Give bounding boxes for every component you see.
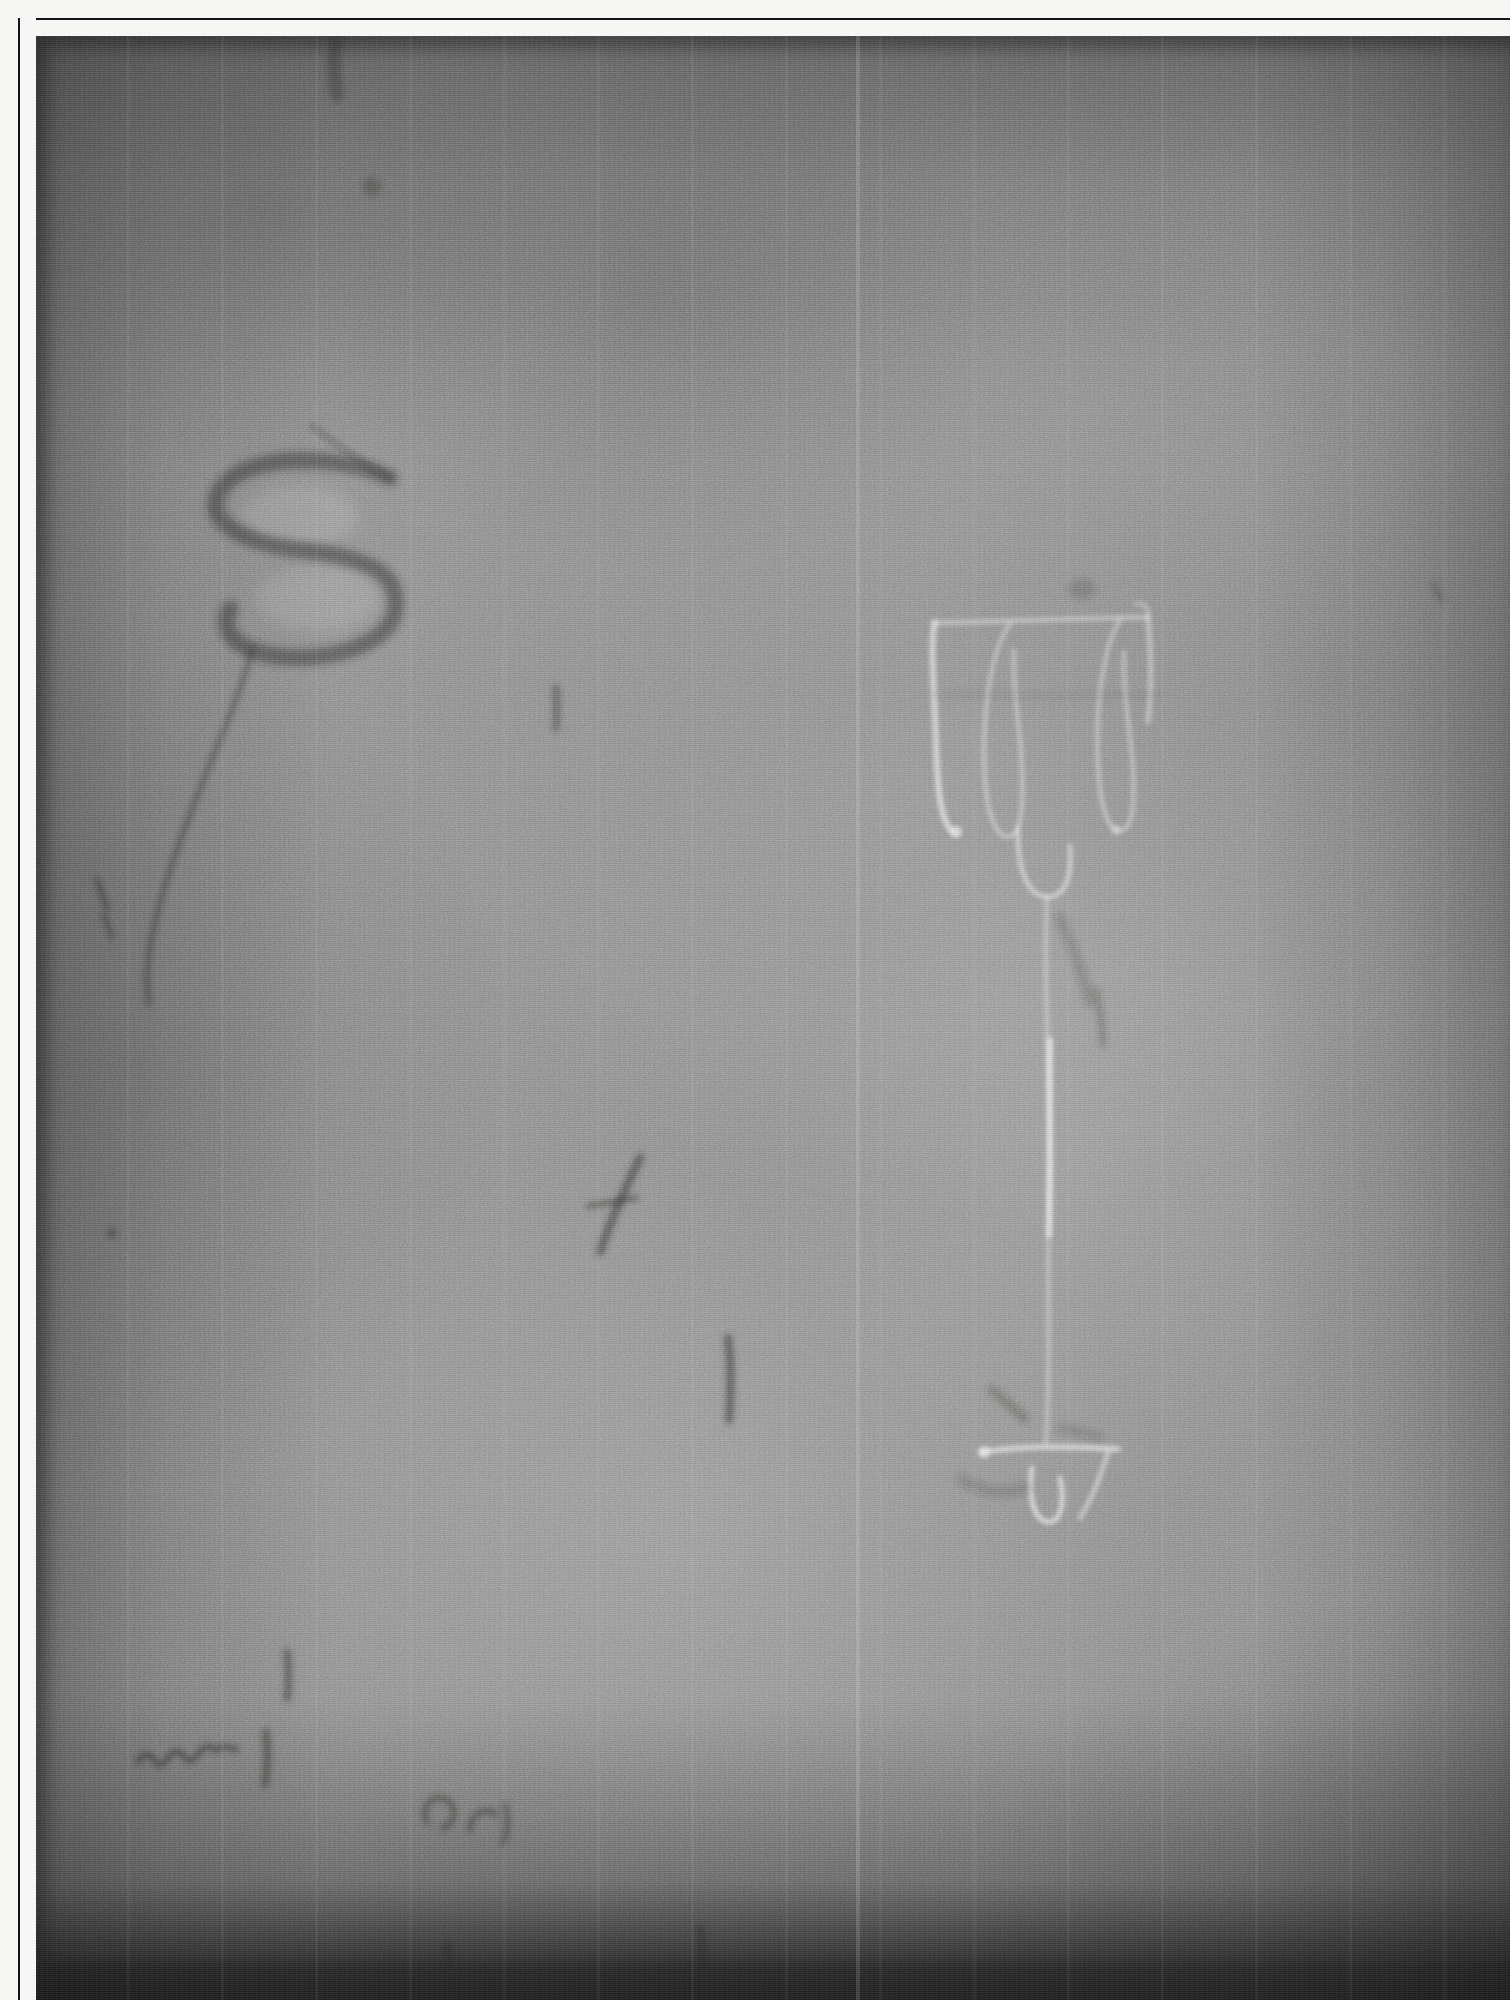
ruler-left-baseline: [18, 18, 20, 2000]
ruler-left: [0, 0, 36, 2000]
radiograph-scan: [0, 0, 1510, 2000]
ruler-top: [0, 0, 1510, 36]
ruler-top-baseline: [18, 18, 1510, 20]
manuscript-paper: [36, 36, 1510, 2000]
